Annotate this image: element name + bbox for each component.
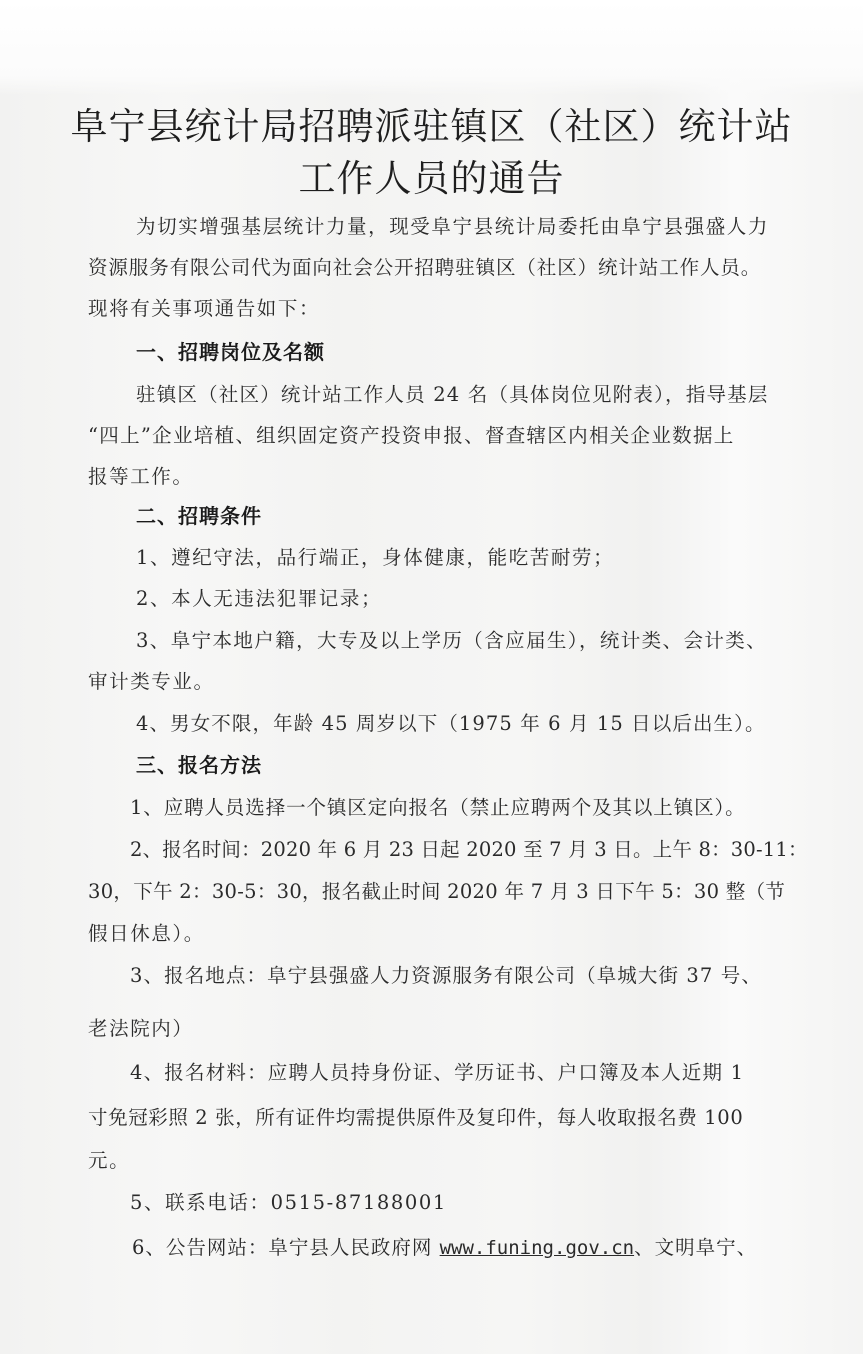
registration-5-phone: 5、联系电话：0515-87188001 bbox=[130, 1187, 447, 1215]
registration-1: 1、应聘人员选择一个镇区定向报名（禁止应聘两个及其以上镇区）。 bbox=[130, 792, 746, 820]
website-prefix: 6、公告网站：阜宁县人民政府网 bbox=[132, 1236, 440, 1259]
document-title-line-1: 阜宁县统计局招聘派驻镇区（社区）统计站 bbox=[0, 96, 863, 150]
condition-3-line-2: 审计类专业。 bbox=[88, 666, 215, 694]
intro-line-1: 为切实增强基层统计力量，现受阜宁县统计局委托由阜宁县强盛人力 bbox=[136, 211, 769, 239]
intro-line-3: 现将有关事项通告如下： bbox=[88, 293, 320, 321]
registration-6-website: 6、公告网站：阜宁县人民政府网 www.funing.gov.cn、文明阜宁、 bbox=[132, 1232, 757, 1260]
registration-2-line-2: 30，下午 2：30-5：30，报名截止时间 2020 年 7 月 3 日下午 … bbox=[88, 876, 785, 904]
section-heading-positions: 一、招聘岗位及名额 bbox=[136, 336, 325, 365]
condition-3-line-1: 3、阜宁本地户籍，大专及以上学历（含应届生），统计类、会计类、 bbox=[136, 625, 767, 653]
registration-3-line-2: 老法院内） bbox=[88, 1013, 194, 1041]
paper-top-highlight bbox=[0, 0, 863, 95]
positions-line-1: 驻镇区（社区）统计站工作人员 24 名（具体岗位见附表），指导基层 bbox=[136, 379, 769, 407]
registration-2-line-3: 假日休息）。 bbox=[88, 918, 205, 946]
condition-1: 1、遵纪守法，品行端正，身体健康，能吃苦耐劳； bbox=[136, 542, 614, 570]
registration-3-line-1: 3、报名地点：阜宁县强盛人力资源服务有限公司（阜城大街 37 号、 bbox=[130, 960, 762, 988]
section-heading-conditions: 二、招聘条件 bbox=[136, 500, 262, 529]
registration-4-line-2: 寸免冠彩照 2 张，所有证件均需提供原件及复印件，每人收取报名费 100 bbox=[88, 1102, 743, 1130]
condition-4: 4、男女不限，年龄 45 周岁以下（1975 年 6 月 15 日以后出生）。 bbox=[136, 708, 766, 736]
website-link[interactable]: www.funing.gov.cn bbox=[440, 1237, 634, 1259]
section-heading-registration: 三、报名方法 bbox=[136, 749, 262, 778]
positions-line-3: 报等工作。 bbox=[88, 461, 194, 489]
registration-2-line-1: 2、报名时间：2020 年 6 月 23 日起 2020 至 7 月 3 日。上… bbox=[130, 834, 808, 862]
website-suffix: 、文明阜宁、 bbox=[634, 1236, 757, 1259]
positions-line-2: “四上”企业培植、组织固定资产投资申报、督查辖区内相关企业数据上 bbox=[88, 420, 735, 448]
document-title-line-2: 工作人员的通告 bbox=[0, 148, 863, 202]
registration-4-line-3: 元。 bbox=[88, 1145, 130, 1173]
intro-line-2: 资源服务有限公司代为面向社会公开招聘驻镇区（社区）统计站工作人员。 bbox=[88, 252, 761, 280]
condition-2: 2、本人无违法犯罪记录； bbox=[136, 583, 382, 611]
registration-4-line-1: 4、报名材料：应聘人员持身份证、学历证书、户口簿及本人近期 1 bbox=[130, 1057, 744, 1085]
